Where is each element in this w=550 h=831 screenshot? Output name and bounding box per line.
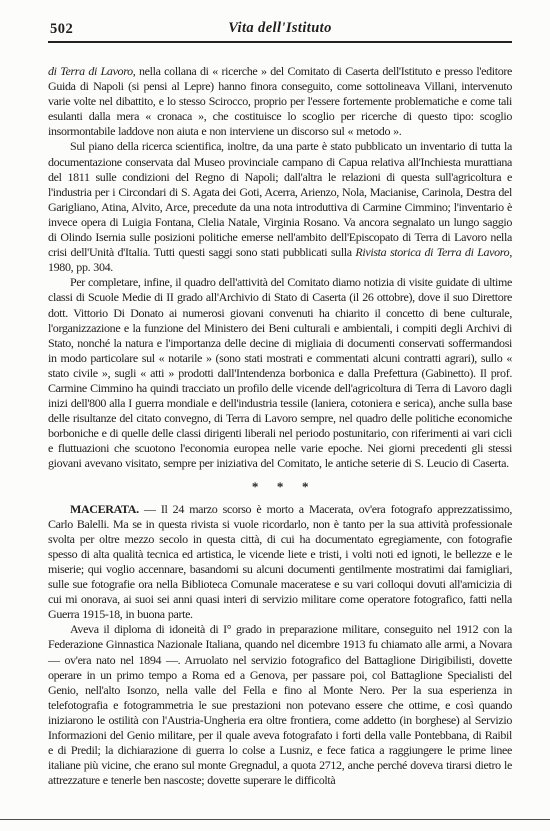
page-body: di Terra di Lavoro, nella collana di « r…: [48, 64, 512, 788]
italic-lead-text: di Terra di Lavoro: [48, 64, 133, 78]
section-lead-bold: MACERATA.: [70, 502, 139, 516]
scanned-journal-page: 502 Vita dell'Istituto di Terra di Lavor…: [0, 0, 550, 831]
running-title: Vita dell'Istituto: [48, 20, 512, 37]
paragraph-text: Per completare, infine, il quadro dell'a…: [48, 275, 512, 470]
paragraph-ricerca-scientifica: Sul piano della ricerca scientifica, ino…: [48, 139, 512, 275]
header-rule: [48, 41, 512, 43]
page-number: 502: [50, 21, 73, 38]
scan-bottom-edge-line: [0, 819, 550, 820]
paragraph-text: Sul piano della ricerca scientifica, ino…: [48, 139, 512, 259]
paragraph-text: — Il 24 marzo scorso è morto a Macerata,…: [48, 502, 512, 622]
paragraph-text: Aveva il diploma di idoneità di I° grado…: [48, 622, 512, 787]
paragraph-terra-di-lavoro: di Terra di Lavoro, nella collana di « r…: [48, 64, 512, 139]
paragraph-balelli-militare: Aveva il diploma di idoneità di I° grado…: [48, 622, 512, 788]
paragraph-visite-guidate: Per completare, infine, il quadro dell'a…: [48, 275, 512, 471]
text-column: 502 Vita dell'Istituto di Terra di Lavor…: [48, 20, 512, 788]
journal-title-italic: Rivista storica di Terra di Lavoro: [355, 245, 509, 259]
paragraph-macerata: MACERATA. — Il 24 marzo scorso è morto a…: [48, 502, 512, 623]
page-header: 502 Vita dell'Istituto: [48, 20, 512, 40]
section-separator-asterisks: * * *: [48, 479, 512, 494]
